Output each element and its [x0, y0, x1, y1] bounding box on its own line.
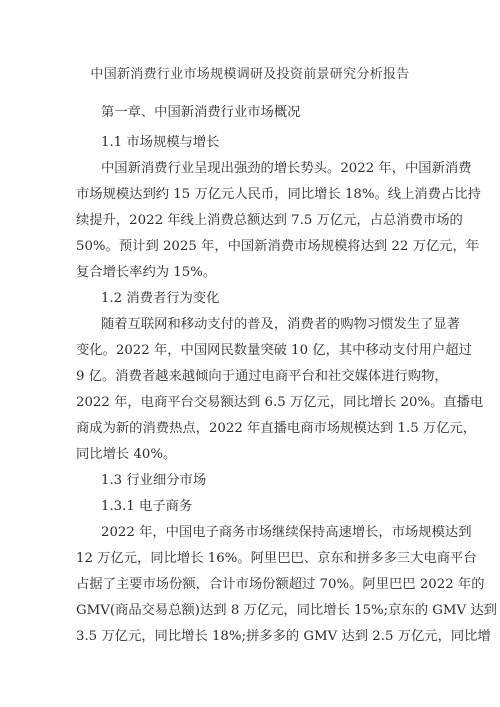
paragraph-line: 2022 年，中国电子商务市场继续保持高速增长，市场规模达到: [76, 520, 424, 546]
paragraph-line: 市场规模达到约 15 万亿元人民币，同比增长 18%。线上消费占比持: [76, 182, 424, 208]
section-heading-1-3: 1.3 行业细分市场: [76, 468, 424, 494]
paragraph-line: 随着互联网和移动支付的普及，消费者的购物习惯发生了显著: [76, 312, 424, 338]
paragraph-line: 商成为新的消费热点，2022 年直播电商市场规模达到 1.5 万亿元，: [76, 416, 424, 442]
paragraph-line: 复合增长率约为 15%。: [76, 260, 424, 286]
section-heading-1-1: 1.1 市场规模与增长: [76, 130, 424, 156]
section-heading-1-2: 1.2 消费者行为变化: [76, 286, 424, 312]
paragraph-line: 3.5 万亿元，同比增长 18%;拼多多的 GMV 达到 2.5 万亿元，同比增: [76, 624, 424, 650]
paragraph-line: 2022 年，电商平台交易额达到 6.5 万亿元，同比增长 20%。直播电: [76, 390, 424, 416]
document-body: 第一章、中国新消费行业市场概况 1.1 市场规模与增长 中国新消费行业呈现出强劲…: [76, 100, 424, 650]
document-page: 中国新消费行业市场规模调研及投资前景研究分析报告 第一章、中国新消费行业市场概况…: [0, 0, 500, 707]
paragraph-line: 变化。2022 年，中国网民数量突破 10 亿，其中移动支付用户超过: [76, 338, 424, 364]
paragraph-line: 占据了主要市场份额，合计市场份额超过 70%。阿里巴巴 2022 年的: [76, 572, 424, 598]
chapter-heading: 第一章、中国新消费行业市场概况: [76, 100, 424, 126]
paragraph-line: 50%。预计到 2025 年，中国新消费市场规模将达到 22 万亿元，年: [76, 234, 424, 260]
subsection-heading-1-3-1: 1.3.1 电子商务: [76, 494, 424, 520]
paragraph-line: 中国新消费行业呈现出强劲的增长势头。2022 年，中国新消费: [76, 156, 424, 182]
paragraph-line: 12 万亿元，同比增长 16%。阿里巴巴、京东和拼多多三大电商平台: [76, 546, 424, 572]
document-title: 中国新消费行业市场规模调研及投资前景研究分析报告: [0, 63, 500, 82]
paragraph-line: GMV(商品交易总额)达到 8 万亿元，同比增长 15%;京东的 GMV 达到: [76, 598, 424, 624]
paragraph-line: 9 亿。消费者越来越倾向于通过电商平台和社交媒体进行购物，: [76, 364, 424, 390]
paragraph-line: 续提升，2022 年线上消费总额达到 7.5 万亿元，占总消费市场的: [76, 208, 424, 234]
paragraph-line: 同比增长 40%。: [76, 442, 424, 468]
